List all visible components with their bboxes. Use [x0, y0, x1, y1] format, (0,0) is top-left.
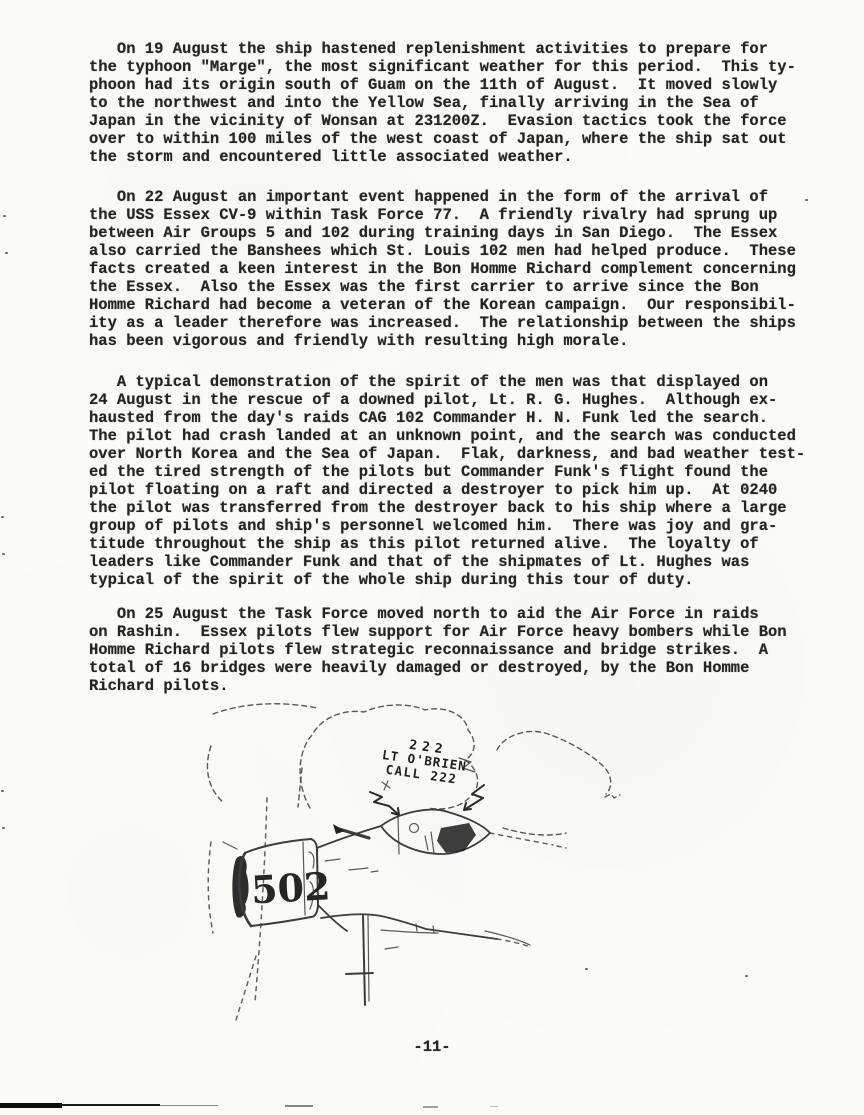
landing-gear-strut [363, 916, 365, 1005]
second-cloud-outline [497, 731, 611, 794]
pilot-body-shadow [437, 823, 476, 853]
pilot-head [410, 824, 419, 833]
body-text: On 19 August the ship hastened replenish… [89, 40, 829, 695]
scan-artifact-line [285, 1105, 313, 1107]
paragraph-19-august: On 19 August the ship hastened replenish… [89, 40, 829, 166]
scan-speck [5, 252, 8, 254]
scan-artifact-line [0, 1103, 62, 1108]
radio-bolt-left [370, 792, 399, 815]
scan-speck [585, 968, 588, 970]
scan-speck [2, 827, 5, 829]
scan-speck [1, 790, 4, 792]
scanned-document-page: On 19 August the ship hastened replenish… [0, 0, 864, 1115]
scan-artifact-line [423, 1106, 438, 1108]
scan-speck [3, 215, 6, 217]
scan-artifact-line [490, 1106, 498, 1107]
paragraph-22-august: On 22 August an important event happened… [89, 188, 829, 350]
pilot-aircraft-cartoon: 222 LT O'BRIEN CALL 222 502 [185, 702, 690, 1022]
scan-speck [1, 516, 4, 518]
scan-artifact-line [160, 1105, 218, 1106]
paragraph-25-august: On 25 August the Task Force moved north … [89, 605, 829, 695]
wing-leading-edge [321, 914, 497, 939]
paragraph-24-august: A typical demonstration of the spirit of… [89, 373, 829, 589]
page-number: -11- [0, 1038, 864, 1056]
scan-speck [745, 975, 748, 977]
engine-cowling [245, 839, 311, 853]
speech-cloud-text: 222 LT O'BRIEN CALL 222 [379, 734, 469, 787]
scan-artifact-line [62, 1104, 160, 1106]
aircraft-nose-number: 502 [250, 863, 332, 912]
radio-bolt-right [464, 785, 484, 810]
scan-speck [805, 199, 808, 201]
scan-speck [2, 553, 5, 555]
